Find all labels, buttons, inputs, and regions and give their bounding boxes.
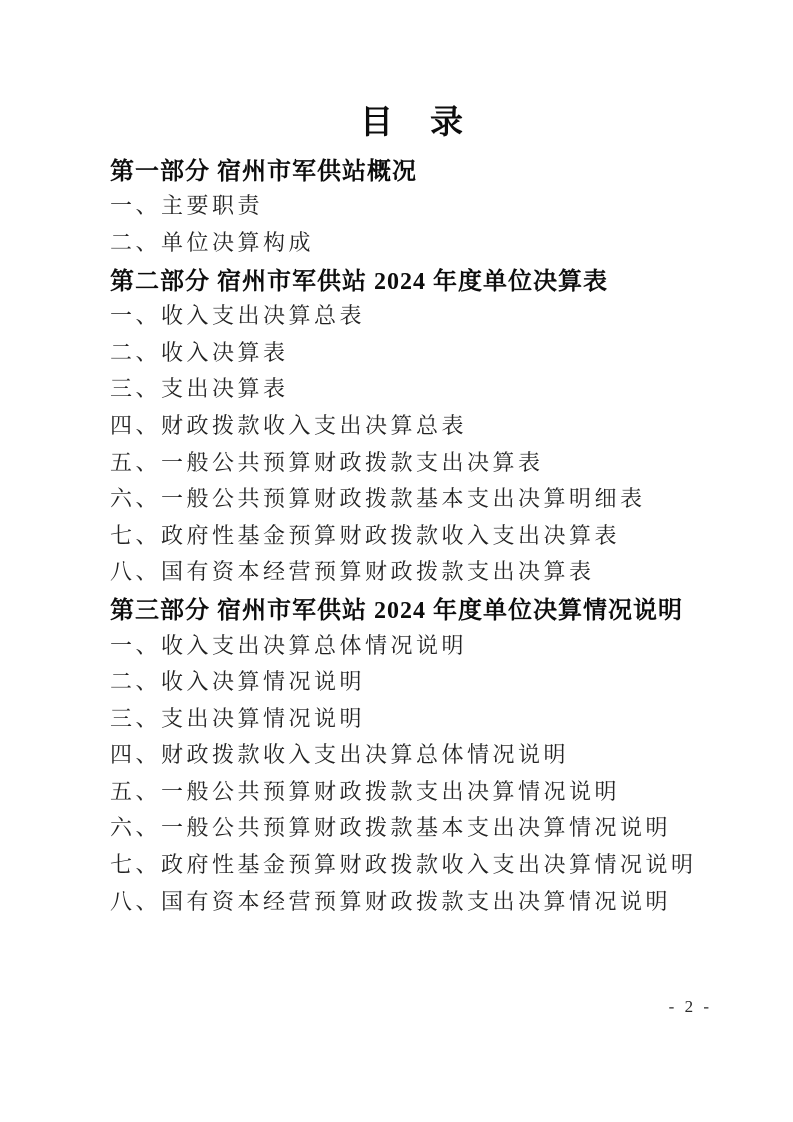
toc-entry: 二、单位决算构成 — [110, 223, 715, 260]
toc-section-2-heading: 第二部分 宿州市军供站 2024 年度单位决算表 — [110, 260, 715, 297]
toc-entry: 二、收入决算表 — [110, 333, 715, 370]
toc-section-1-heading: 第一部分 宿州市军供站概况 — [110, 150, 715, 187]
toc-content: 目 录 第一部分 宿州市军供站概况 一、主要职责 二、单位决算构成 第二部分 宿… — [110, 103, 715, 918]
toc-section-3-heading: 第三部分 宿州市军供站 2024 年度单位决算情况说明 — [110, 589, 715, 626]
page-title: 目 录 — [110, 103, 715, 150]
toc-entry: 八、国有资本经营预算财政拨款支出决算情况说明 — [110, 882, 715, 919]
toc-entry: 六、一般公共预算财政拨款基本支出决算情况说明 — [110, 809, 715, 846]
page-number: - 2 - — [669, 997, 712, 1017]
toc-entry: 七、政府性基金预算财政拨款收入支出决算情况说明 — [110, 845, 715, 882]
toc-entry: 六、一般公共预算财政拨款基本支出决算明细表 — [110, 479, 715, 516]
toc-entry: 三、支出决算情况说明 — [110, 699, 715, 736]
document-page: 目 录 第一部分 宿州市军供站概况 一、主要职责 二、单位决算构成 第二部分 宿… — [0, 0, 793, 1122]
toc-entry: 四、财政拨款收入支出决算总表 — [110, 406, 715, 443]
toc-entry: 七、政府性基金预算财政拨款收入支出决算表 — [110, 516, 715, 553]
toc-entry: 五、一般公共预算财政拨款支出决算表 — [110, 443, 715, 480]
toc-entry: 三、支出决算表 — [110, 370, 715, 407]
toc-entry: 一、收入支出决算总体情况说明 — [110, 626, 715, 663]
toc-entry: 二、收入决算情况说明 — [110, 662, 715, 699]
toc-entry: 八、国有资本经营预算财政拨款支出决算表 — [110, 553, 715, 590]
toc-entry: 四、财政拨款收入支出决算总体情况说明 — [110, 736, 715, 773]
toc-entry: 一、收入支出决算总表 — [110, 296, 715, 333]
toc-entry: 一、主要职责 — [110, 187, 715, 224]
toc-entry: 五、一般公共预算财政拨款支出决算情况说明 — [110, 772, 715, 809]
